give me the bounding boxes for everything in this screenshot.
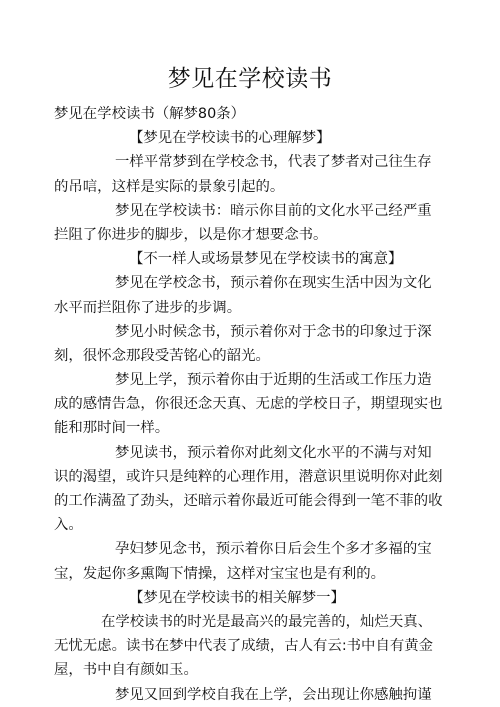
paragraph-line: 水平而拦阻你了进步的步调。 [54, 296, 426, 320]
paragraph-line: 屋，书中自有颜如玉。 [54, 658, 426, 682]
paragraph-line: 梦见小时候念书，预示着你对于念书的印象过于深 [54, 320, 426, 344]
paragraph-line: 梦见读书，预示着你对此刻文化水平的不满与对知 [54, 441, 426, 465]
paragraph-line: 刻，很怀念那段受苦铭心的韶光。 [54, 344, 426, 368]
paragraph-line: 的工作满盈了劲头，还暗示着你最近可能会得到一笔不菲的收 [54, 489, 426, 513]
paragraph-line: 在学校读书的时光是最高兴的最完善的，灿烂天真、 [54, 610, 426, 634]
paragraph-line: 成的感情告急，你很还念天真、无虑的学校日子，期望现实也 [54, 392, 426, 416]
paragraph-line: 宝，发起你多熏陶下情操，这样对宝宝也是有利的。 [54, 562, 426, 586]
page-title: 梦见在学校读书 [0, 64, 500, 94]
paragraph-line: 无忧无虑。读书在梦中代表了成绩，古人有云:书中自有黄金 [54, 634, 426, 658]
paragraph-line: 一样平常梦到在学校念书，代表了梦者对己往生存 [54, 150, 426, 174]
paragraph-line: 能和那时间一样。 [54, 416, 426, 440]
section-heading: 【不一样人或场景梦见在学校读书的寓意】 [54, 247, 426, 271]
section-heading: 【梦见在学校读书的相关解梦一】 [54, 586, 426, 610]
subtitle: 梦见在学校读书（解梦80条） [54, 102, 426, 126]
section-heading: 【梦见在学校读书的心理解梦】 [54, 126, 426, 150]
paragraph-line: 梦见在学校读书：暗示你目前的文化水平己经严重 [54, 199, 426, 223]
paragraph-line: 识的渴望，或许只是纯粹的心理作用，潜意识里说明你对此刻 [54, 465, 426, 489]
paragraph-line: 孕妇梦见念书，预示着你日后会生个多才多福的宝 [54, 537, 426, 561]
document-page: 梦见在学校读书 梦见在学校读书（解梦80条） 【梦见在学校读书的心理解梦】 一样… [0, 0, 500, 707]
paragraph-line: 入。 [54, 513, 426, 537]
paragraph-line: 梦见在学校念书，预示着你在现实生活中因为文化 [54, 271, 426, 295]
paragraph-line: 的吊唁，这样是实际的景象引起的。 [54, 175, 426, 199]
paragraph-line: 梦见又回到学校自我在上学，会出现让你感触拘谨 [54, 683, 426, 707]
paragraph-line: 拦阻了你进步的脚步，以是你才想要念书。 [54, 223, 426, 247]
paragraph-line: 梦见上学，预示着你由于近期的生活或工作压力造 [54, 368, 426, 392]
document-body: 梦见在学校读书（解梦80条） 【梦见在学校读书的心理解梦】 一样平常梦到在学校念… [54, 102, 426, 707]
